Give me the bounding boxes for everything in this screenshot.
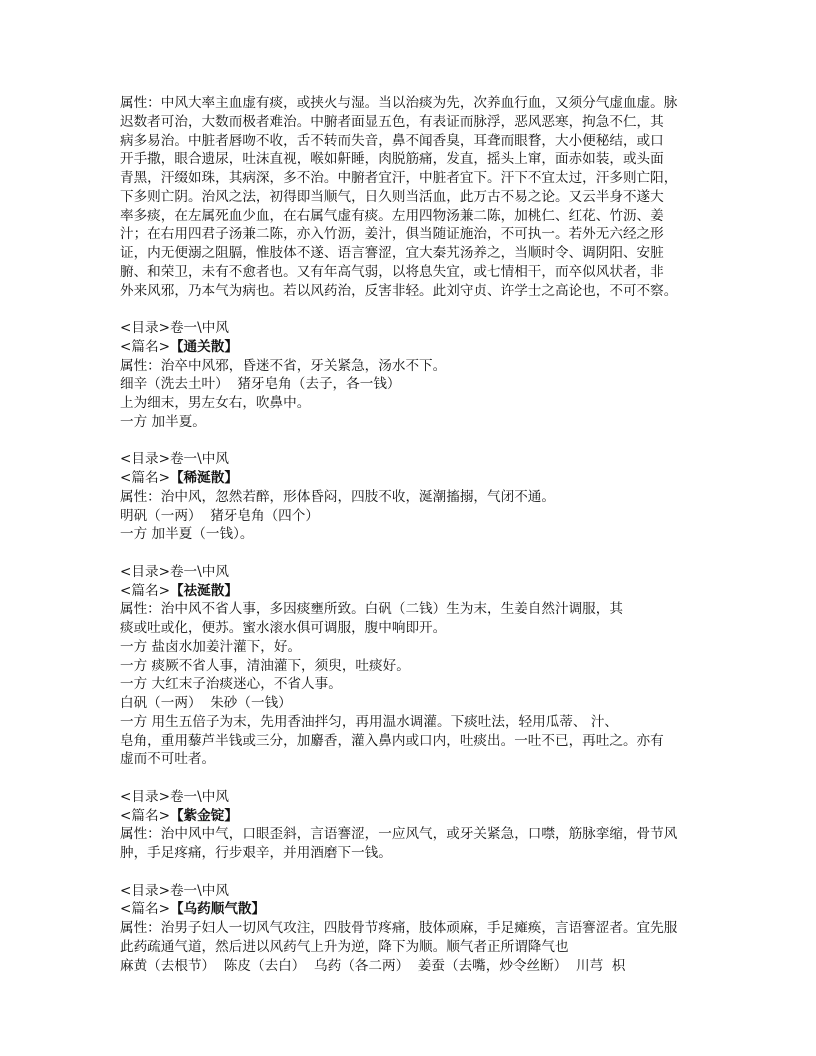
- paragraph-gap: [120, 863, 712, 882]
- recipe-title-line: <篇名>【通关散】: [120, 338, 712, 357]
- text-line: 皂角，重用藜芦半钱或三分，加麝香，灌入鼻内或口内，吐痰出。一吐不已，再吐之。亦有: [120, 732, 712, 751]
- text-line: 麻黄（去根节） 陈皮（去白） 乌药（各二两） 姜蚕（去嘴，炒令丝断） 川芎 枳: [120, 957, 712, 976]
- paragraph-gap: [120, 432, 712, 451]
- recipe-title: 【紫金锭】: [170, 808, 238, 824]
- recipe-title: 【稀涎散】: [170, 470, 238, 486]
- text-line: 一方 盐卤水加姜汁灌下，好。: [120, 638, 712, 657]
- recipe-title-line: <篇名>【稀涎散】: [120, 469, 712, 488]
- title-prefix: <篇名>: [120, 901, 170, 917]
- text-line: 开手撒，眼合遗尿，吐沫直视，喉如鼾睡，肉脱筋痛，发直，摇头上窜，面赤如装，或头面: [120, 150, 712, 169]
- text-line: 一方 加半夏。: [120, 413, 712, 432]
- text-line: 外来风邪，乃本气为病也。若以风药治，反害非轻。此刘守贞、许学士之高论也，不可不察…: [120, 282, 712, 301]
- recipe-entry-tongguansan: <目录>卷一\中风 <篇名>【通关散】 属性：治卒中风邪，昏迷不省，牙关紧急，汤…: [120, 319, 712, 432]
- title-prefix: <篇名>: [120, 583, 170, 599]
- text-line: 下多则亡阴。治风之法，初得即当顺气，日久则当活血，此万古不易之论。又云半身不遂大: [120, 188, 712, 207]
- document-page: 属性：中风大率主血虚有痰，或挟火与湿。当以治痰为先，次养血行血，又须分气虚血虚。…: [120, 94, 712, 975]
- title-prefix: <篇名>: [120, 808, 170, 824]
- text-line: 汁；在右用四君子汤兼二陈，亦入竹沥，姜汁，俱当随证施治，不可执一。若外无六经之形: [120, 225, 712, 244]
- text-line: 痰或吐或化，便苏。蜜水滚水俱可调服，腹中响即开。: [120, 619, 712, 638]
- text-line: 病多易治。中脏者唇吻不收，舌不转而失音，鼻不闻香臭，耳聋而眼瞀，大小便秘结，或口: [120, 132, 712, 151]
- text-line: 一方 用生五倍子为末，先用香油拌匀，再用温水调灌。下痰吐法，轻用瓜蒂、 汁、: [120, 713, 712, 732]
- catalog-line: <目录>卷一\中风: [120, 788, 712, 807]
- recipe-title: 【乌药顺气散】: [170, 901, 265, 917]
- recipe-title-line: <篇名>【乌药顺气散】: [120, 900, 712, 919]
- text-line: 青黑，汗缀如珠，其病深，多不治。中腑者宜汗，中脏者宜下。汗下不宜太过，汗多则亡阳…: [120, 169, 712, 188]
- text-line: 虚而不可吐者。: [120, 750, 712, 769]
- text-line: 属性：治男子妇人一切风气攻注，四肢骨节疼痛，肢体顽麻，手足瘫痪，言语謇涩者。宜先…: [120, 919, 712, 938]
- text-line: 肿，手足疼痛，行步艰辛，并用酒磨下一钱。: [120, 844, 712, 863]
- text-line: 属性：治中风，忽然若醉，形体昏闷，四肢不收，涎潮搐搦，气闭不通。: [120, 488, 712, 507]
- recipe-entry-zijinding: <目录>卷一\中风 <篇名>【紫金锭】 属性：治中风中气，口眼歪斜，言语謇涩，一…: [120, 788, 712, 863]
- paragraph-gap: [120, 544, 712, 563]
- recipe-title: 【通关散】: [170, 339, 238, 355]
- recipe-title-line: <篇名>【紫金锭】: [120, 807, 712, 826]
- text-line: 属性：治中风不省人事，多因痰壅所致。白矾（二钱）生为末，生姜自然汁调服，其: [120, 600, 712, 619]
- text-line: 上为细末，男左女右，吹鼻中。: [120, 394, 712, 413]
- text-line: 属性：中风大率主血虚有痰，或挟火与湿。当以治痰为先，次养血行血，又须分气虚血虚。…: [120, 94, 712, 113]
- paragraph-gap: [120, 769, 712, 788]
- recipe-entry-xixiansan: <目录>卷一\中风 <篇名>【稀涎散】 属性：治中风，忽然若醉，形体昏闷，四肢不…: [120, 450, 712, 544]
- intro-paragraph: 属性：中风大率主血虚有痰，或挟火与湿。当以治痰为先，次养血行血，又须分气虚血虚。…: [120, 94, 712, 300]
- title-prefix: <篇名>: [120, 470, 170, 486]
- text-line: 属性：治卒中风邪，昏迷不省，牙关紧急，汤水不下。: [120, 357, 712, 376]
- text-line: 一方 加半夏（一钱）。: [120, 525, 712, 544]
- text-line: 证，内无便溺之阻膈，惟肢体不遂、语言謇涩，宜大秦艽汤养之，当顺时令、调阴阳、安脏: [120, 244, 712, 263]
- paragraph-gap: [120, 300, 712, 319]
- text-line: 此药疏通气道，然后进以风药气上升为逆，降下为顺。顺气者正所谓降气也: [120, 938, 712, 957]
- catalog-line: <目录>卷一\中风: [120, 563, 712, 582]
- text-line: 属性：治中风中气，口眼歪斜，言语謇涩，一应风气，或牙关紧急，口噤，筋脉挛缩，骨节…: [120, 825, 712, 844]
- recipe-title-line: <篇名>【祛涎散】: [120, 582, 712, 601]
- recipe-title: 【祛涎散】: [170, 583, 238, 599]
- text-line: 一方 大红末子治痰迷心，不省人事。: [120, 675, 712, 694]
- text-line: 一方 痰厥不省人事，清油灌下，须臾，吐痰好。: [120, 657, 712, 676]
- text-line: 迟数者可治，大数而极者难治。中腑者面显五色，有表证而脉浮，恶风恶寒，拘急不仁，其: [120, 113, 712, 132]
- catalog-line: <目录>卷一\中风: [120, 450, 712, 469]
- title-prefix: <篇名>: [120, 339, 170, 355]
- text-line: 白矾（一两） 朱砂（一钱）: [120, 694, 712, 713]
- text-line: 细辛（洗去土叶） 猪牙皂角（去子，各一钱）: [120, 375, 712, 394]
- recipe-entry-quxiansan: <目录>卷一\中风 <篇名>【祛涎散】 属性：治中风不省人事，多因痰壅所致。白矾…: [120, 563, 712, 769]
- catalog-line: <目录>卷一\中风: [120, 882, 712, 901]
- text-line: 腑、和荣卫，未有不愈者也。又有年高气弱，以将息失宜，或七情相干，而卒似风状者，非: [120, 263, 712, 282]
- catalog-line: <目录>卷一\中风: [120, 319, 712, 338]
- text-line: 率多痰，在左属死血少血，在右属气虚有痰。左用四物汤兼二陈，加桃仁、红花、竹沥、姜: [120, 207, 712, 226]
- text-line: 明矾（一两） 猪牙皂角（四个）: [120, 507, 712, 526]
- recipe-entry-wuyaoshunqisan: <目录>卷一\中风 <篇名>【乌药顺气散】 属性：治男子妇人一切风气攻注，四肢骨…: [120, 882, 712, 976]
